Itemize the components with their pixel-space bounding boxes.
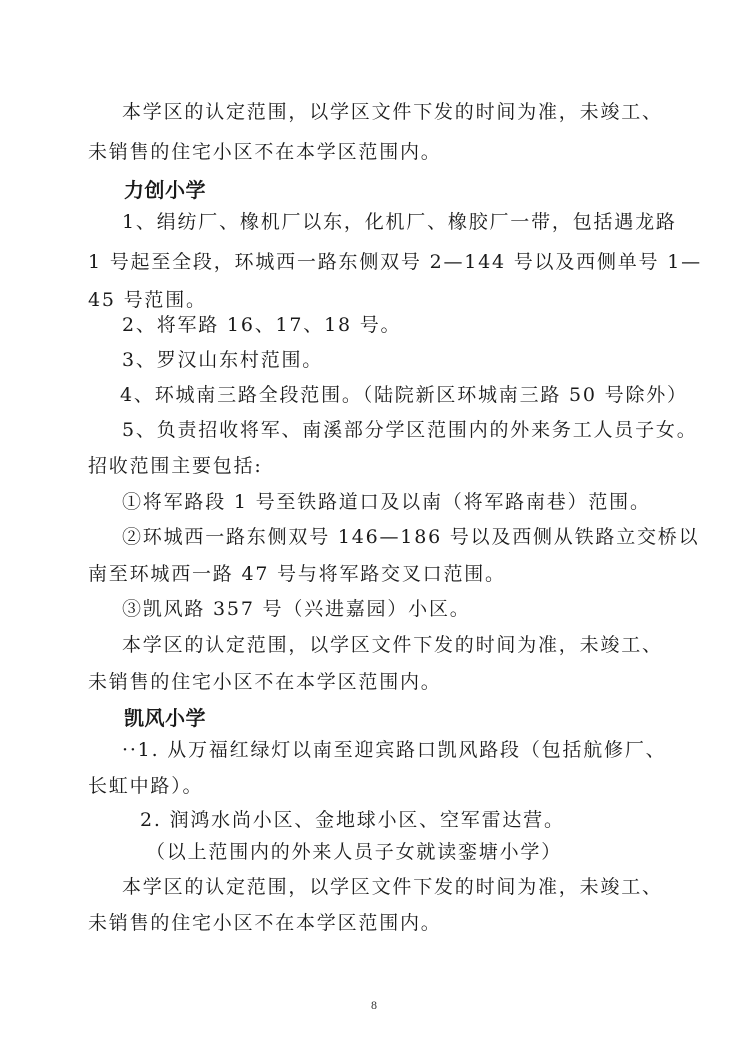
paragraph-line: 5、负责招收将军、南溪部分学区范围内的外来务工人员子女。 <box>122 418 698 442</box>
paragraph-line: 未销售的住宅小区不在本学区范围内。 <box>88 670 442 694</box>
paragraph-line: 招收范围主要包括: <box>88 454 263 478</box>
paragraph-line: 未销售的住宅小区不在本学区范围内。 <box>88 911 442 935</box>
paragraph-line: ··1. 从万福红绿灯以南至迎宾路口凯风路段（包括航修厂、 <box>122 738 666 762</box>
page-number: 8 <box>371 998 377 1013</box>
paragraph-line: 南至环城西一路 47 号与将军路交叉口范围。 <box>88 562 506 586</box>
paragraph-line: 1、绢纺厂、橡机厂以东，化机厂、橡胶厂一带，包括遇龙路 <box>122 210 677 234</box>
paragraph-line: 1 号起至全段，环城西一路东侧双号 2—144 号以及西侧单号 1— <box>88 250 702 274</box>
paragraph-note: （以上范围内的外来人员子女就读銮塘小学） <box>146 840 562 864</box>
paragraph-line: 未销售的住宅小区不在本学区范围内。 <box>88 140 442 164</box>
paragraph-line: 本学区的认定范围，以学区文件下发的时间为准，未竣工、 <box>122 633 663 657</box>
section-heading-kaifeng: 凯风小学 <box>124 706 206 730</box>
paragraph-line: 45 号范围。 <box>88 288 207 312</box>
paragraph-line: 本学区的认定范围，以学区文件下发的时间为准，未竣工、 <box>122 100 663 124</box>
paragraph-line: 长虹中路）。 <box>88 774 203 798</box>
paragraph-line: 2. 润鸿水尚小区、金地球小区、空军雷达营。 <box>140 808 565 832</box>
paragraph-line: 2、将军路 16、17、18 号。 <box>122 313 401 337</box>
paragraph-line: 3、罗汉山东村范围。 <box>122 348 323 372</box>
paragraph-line: ②环城西一路东侧双号 146—186 号以及西侧从铁路立交桥以 <box>122 525 699 549</box>
document-page: 本学区的认定范围，以学区文件下发的时间为准，未竣工、 未销售的住宅小区不在本学区… <box>0 0 750 1060</box>
paragraph-line: ①将军路段 1 号至铁路道口及以南（将军路南巷）范围。 <box>122 490 651 514</box>
section-heading-lichuang: 力创小学 <box>124 178 206 202</box>
paragraph-line: 4、环城南三路全段范围。（陆院新区环城南三路 50 号除外） <box>120 383 688 407</box>
paragraph-line: 本学区的认定范围，以学区文件下发的时间为准，未竣工、 <box>122 875 663 899</box>
paragraph-line: ③凯风路 357 号（兴进嘉园）小区。 <box>122 597 471 621</box>
